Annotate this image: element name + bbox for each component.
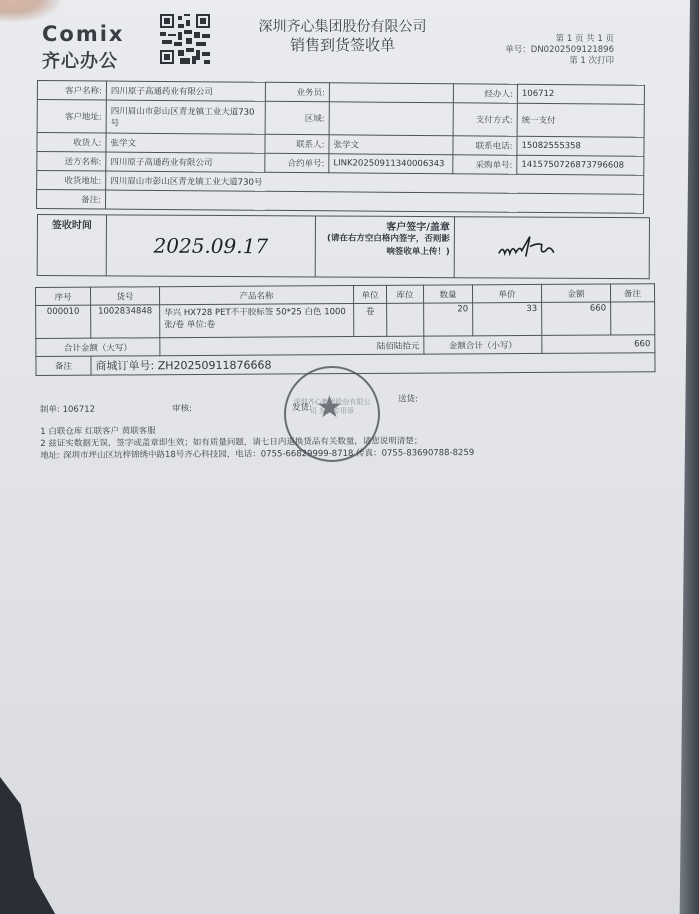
region: [329, 102, 453, 136]
payment: 统一支付: [517, 103, 644, 137]
col-qty: 数量: [423, 285, 472, 303]
document-title: 深圳齐心集团股份有限公司 销售到货签收单: [250, 18, 435, 54]
col-unit: 单位: [353, 285, 386, 303]
paper-sheet: Comix 齐心办公 深圳齐心集团股份有限公司 销售到货签收单 第 1 页 共 …: [0, 0, 690, 914]
review-label: 审核:: [172, 403, 192, 415]
customer-sign-label: 客户签字/盖章: [320, 217, 450, 233]
col-price: 单价: [472, 284, 541, 302]
cell-seq: 000010: [36, 305, 91, 338]
col-product: 产品名称: [160, 286, 354, 305]
receiver-label: 收货人:: [37, 133, 106, 153]
company-logo: Comix 齐心办公: [42, 24, 124, 73]
signature-table: 签收时间 2025.09.17 客户签字/盖章 (请在右方空白格内签字，否则影响…: [37, 214, 650, 279]
cell-sku: 1002834848: [91, 305, 160, 338]
contract-label: 合约单号:: [265, 153, 329, 173]
qr-code-icon: [160, 14, 210, 64]
items-remark-label: 备注: [36, 356, 91, 375]
customer-sign-label-cell: 客户签字/盖章 (请在右方空白格内签字，否则影响签收单上传！): [315, 216, 454, 278]
cell-remark: [611, 302, 655, 335]
logo-brand: Comix: [42, 24, 124, 45]
ship-to: 四川原子高通药业有限公司: [106, 152, 265, 172]
cell-unit: 卷: [354, 303, 387, 336]
col-seq: 序号: [36, 287, 91, 305]
footer: 制单: 106712 审核: 发货: 送货: 1 白联仓库 红联客户 黄联客服 …: [40, 401, 474, 462]
mall-order-number: 商城订单号: ZH20250911876668: [91, 353, 655, 375]
doc-number: 单号：DN0202509121896: [505, 45, 614, 56]
salesman-label: 业务员:: [265, 82, 329, 102]
cell-qty: 20: [424, 303, 473, 336]
customer-sign-note: (请在右方空白格内签字，否则影响签收单上传！): [320, 232, 450, 259]
finger-shadow: [0, 0, 60, 22]
maker: 制单: 106712: [40, 405, 95, 415]
contact: 张学文: [329, 135, 453, 155]
page-info: 第 1 页 共 1 页: [505, 34, 614, 45]
po-number: 1415750726873796608: [517, 155, 644, 175]
col-amount: 金额: [541, 284, 610, 302]
cell-product: 华兴 HX728 PET不干胶标签 50*25 白色 1000张/卷 单位:卷: [160, 304, 354, 338]
remark-label: 备注:: [36, 190, 105, 210]
table-row: 000010 1002834848 华兴 HX728 PET不干胶标签 50*2…: [36, 302, 655, 339]
customer-name-label: 客户名称:: [37, 81, 106, 101]
sign-time-handwritten: 2025.09.17: [154, 234, 269, 259]
col-sku: 货号: [91, 287, 160, 305]
cell-location: [387, 303, 424, 336]
doc-title: 销售到货签收单: [250, 36, 435, 54]
company-name: 深圳齐心集团股份有限公司: [250, 18, 435, 36]
delivery-address-label: 收货地址:: [37, 171, 106, 191]
remark: [105, 190, 643, 213]
logo-cn: 齐心办公: [42, 47, 124, 73]
signature-icon: [494, 231, 564, 261]
contact-label: 联系人:: [265, 134, 329, 154]
po-label: 采购单号:: [453, 155, 517, 175]
address-label: 客户地址:: [37, 100, 106, 134]
total-lower-label: 金额合计（小写）: [424, 335, 542, 354]
cell-amount: 660: [542, 302, 611, 335]
ship-to-label: 送方名称:: [37, 152, 106, 172]
customer-name: 四川原子高通药业有限公司: [106, 81, 265, 101]
items-table: 序号 货号 产品名称 单位 库位 数量 单价 金额 备注 000010 1002…: [35, 283, 656, 376]
payment-label: 支付方式:: [453, 103, 517, 137]
customer-info-table: 客户名称: 四川原子高通药业有限公司 业务员: 经办人: 106712 客户地址…: [36, 80, 645, 214]
col-remark: 备注: [610, 284, 654, 302]
total-upper-label: 合计金额（大写）: [36, 338, 160, 357]
ship-label: 发货:: [292, 402, 312, 414]
region-label: 区域:: [265, 101, 329, 135]
deliver-label: 送货:: [398, 393, 418, 405]
col-location: 库位: [386, 285, 423, 303]
handler: 106712: [517, 84, 644, 104]
phone: 15082555358: [517, 136, 644, 156]
doc-meta: 第 1 页 共 1 页 单号：DN0202509121896 第 1 次打印: [505, 34, 614, 67]
total-upper: 陆佰陆拾元: [160, 336, 424, 356]
handler-label: 经办人:: [453, 84, 517, 104]
address: 四川眉山市彭山区青龙镇工业大道730号: [106, 100, 265, 134]
total-lower: 660: [542, 335, 655, 354]
contract-number: LINK20250911340006343: [329, 154, 453, 174]
salesman: [329, 83, 453, 103]
phone-label: 联系电话:: [453, 136, 517, 156]
print-count: 第 1 次打印: [505, 56, 614, 67]
cell-price: 33: [473, 302, 542, 335]
footer-address: 地址: 深圳市坪山区坑梓锦绣中路18号齐心科技园，电话：0755-6682999…: [40, 447, 474, 462]
receiver: 张学文: [106, 133, 265, 153]
sign-time-field[interactable]: 2025.09.17: [106, 215, 315, 277]
sign-time-label: 签收时间: [37, 215, 106, 276]
customer-signature-field[interactable]: [454, 217, 649, 279]
